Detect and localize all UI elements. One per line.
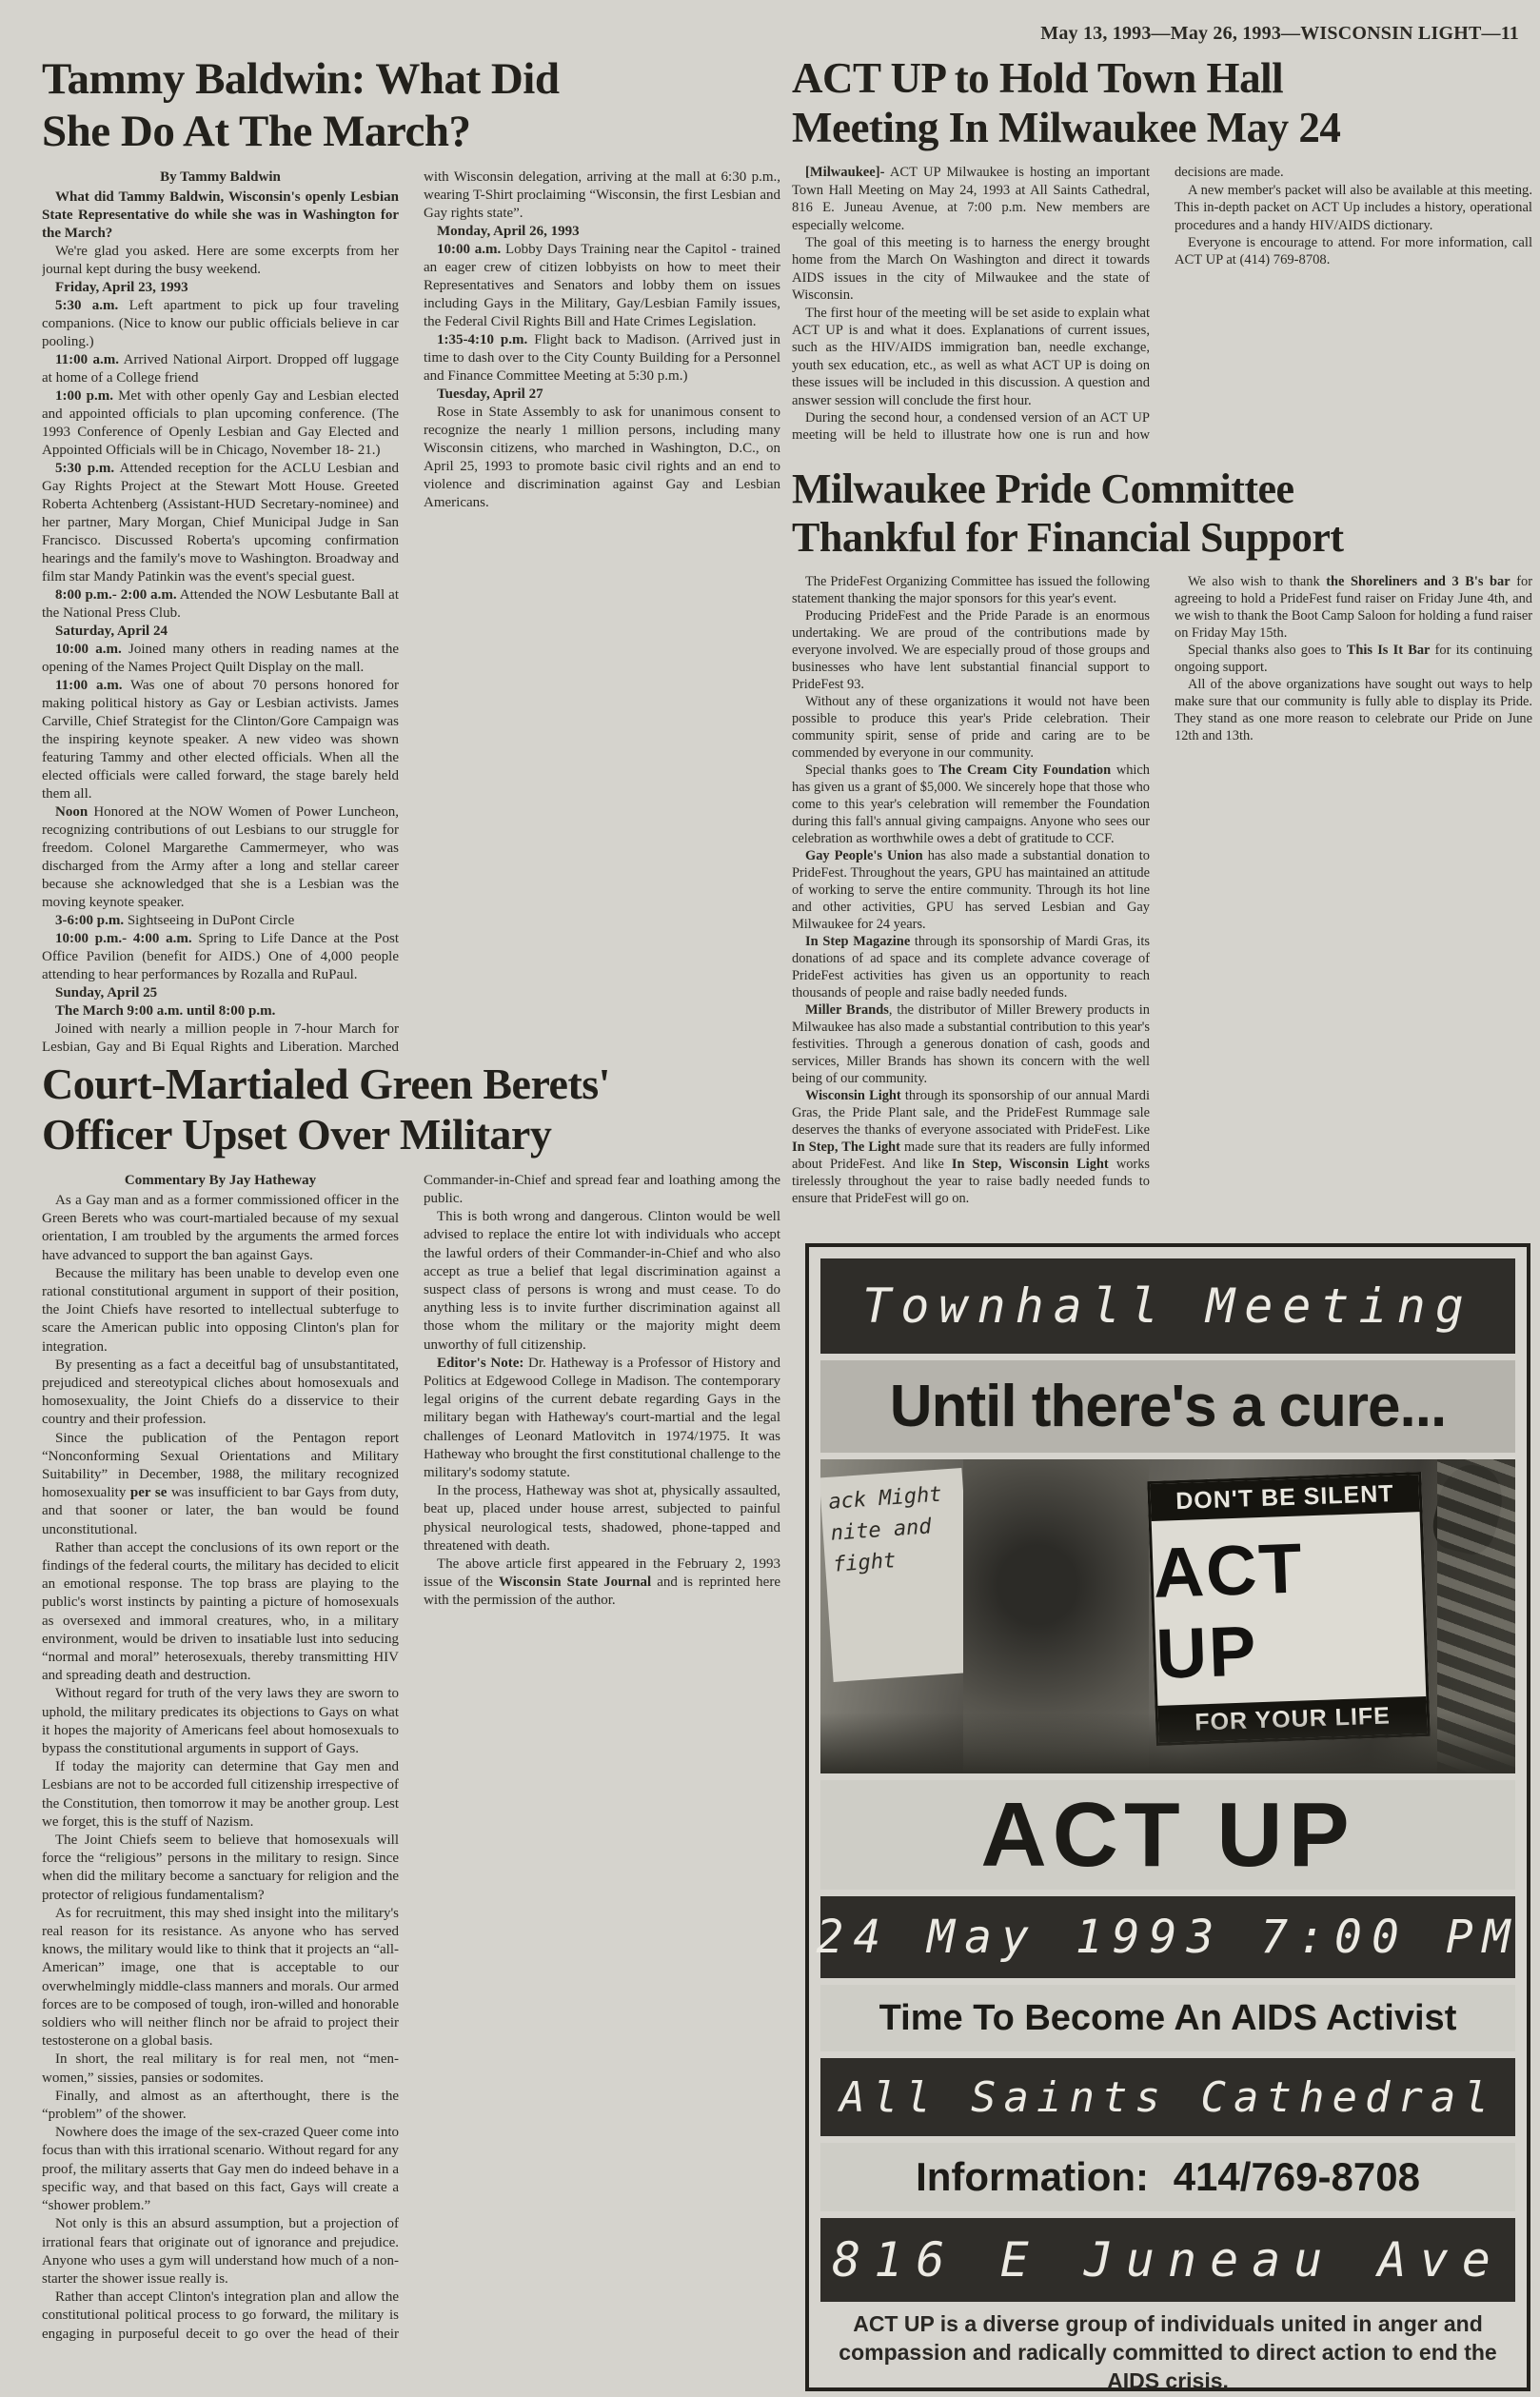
paragraph: Producing PrideFest and the Pride Parade… xyxy=(792,607,1150,693)
paragraph: If today the majority can determine that… xyxy=(42,1758,399,1832)
paragraph: The Joint Chiefs seem to believe that ho… xyxy=(42,1832,399,1905)
article-pride-headline: Milwaukee Pride Committee Thankful for F… xyxy=(792,465,1532,562)
paragraph: Rose in State Assembly to ask for unanim… xyxy=(424,404,780,512)
article-pride-body: The PrideFest Organizing Committee has i… xyxy=(792,573,1532,1234)
paragraph: In the process, Hatheway was shot at, ph… xyxy=(424,1482,780,1555)
paragraph: 8:00 p.m.- 2:00 a.m. Attended the NOW Le… xyxy=(42,586,399,623)
paragraph: Nowhere does the image of the sex-crazed… xyxy=(42,2124,399,2215)
ad-info-phone: Information: 414/769-8708 xyxy=(820,2143,1515,2211)
paragraph: As for recruitment, this may shed insigh… xyxy=(42,1905,399,2051)
headline-line: Thankful for Financial Support xyxy=(792,513,1532,562)
paragraph: In short, the real military is for real … xyxy=(42,2050,399,2087)
paragraph: 10:00 a.m. Joined many others in reading… xyxy=(42,641,399,677)
actup-townhall-advertisement: Townhall Meeting Until there's a cure...… xyxy=(805,1243,1530,2391)
paragraph: Without regard for truth of the very law… xyxy=(42,1685,399,1758)
paragraph: The goal of this meeting is to harness t… xyxy=(792,234,1150,305)
paragraph: Gay People's Union has also made a subst… xyxy=(792,847,1150,933)
ad-fineprint: ACT UP is a diverse group of individuals… xyxy=(820,2308,1515,2397)
paragraph: Special thanks also goes to This Is It B… xyxy=(1175,642,1532,676)
ad-org-name: ACT UP xyxy=(820,1780,1515,1890)
paragraph: 3-6:00 p.m. Sightseeing in DuPont Circle xyxy=(42,912,399,930)
ad-venue: All Saints Cathedral xyxy=(820,2058,1515,2136)
protest-sign: DON'T BE SILENT ACT UP FOR YOUR LIFE xyxy=(1147,1472,1431,1746)
article-pride-committee: Milwaukee Pride Committee Thankful for F… xyxy=(792,465,1532,1234)
article-baldwin-byline: By Tammy Baldwin xyxy=(42,168,399,187)
headline-line: Court-Martialed Green Berets' xyxy=(42,1059,780,1109)
article-actup-townhall: ACT UP to Hold Town Hall Meeting In Milw… xyxy=(792,53,1532,449)
paragraph: 5:30 a.m. Left apartment to pick up four… xyxy=(42,297,399,351)
paragraph: Tuesday, April 27 xyxy=(424,386,780,404)
ad-address: 816 E Juneau Ave xyxy=(820,2218,1515,2302)
paragraph: Miller Brands, the distributor of Miller… xyxy=(792,1001,1150,1087)
paragraph: As a Gay man and as a former commissione… xyxy=(42,1192,399,1265)
paragraph: We also wish to thank the Shoreliners an… xyxy=(1175,573,1532,642)
page-header: May 13, 1993—May 26, 1993—WISCONSIN LIGH… xyxy=(1040,23,1519,45)
article-actup-body: [Milwaukee]- ACT UP Milwaukee is hosting… xyxy=(792,164,1532,449)
paragraph: Not only is this an absurd assumption, b… xyxy=(42,2215,399,2288)
article-actup-headline: ACT UP to Hold Town Hall Meeting In Milw… xyxy=(792,53,1532,152)
article-court-byline: Commentary By Jay Hatheway xyxy=(42,1172,399,1190)
ad-protest-photo: ack Might nite and fight DON'T BE SILENT… xyxy=(820,1459,1515,1773)
paragraph: 1:35-4:10 p.m. Flight back to Madison. (… xyxy=(424,331,780,386)
paragraph: Finally, and almost as an afterthought, … xyxy=(42,2088,399,2124)
ad-banner-townhall-meeting: Townhall Meeting xyxy=(820,1258,1515,1354)
paragraph: Editor's Note: Dr. Hatheway is a Profess… xyxy=(424,1355,780,1482)
paragraph: [Milwaukee]- ACT UP Milwaukee is hosting… xyxy=(792,164,1150,234)
paragraph: 10:00 a.m. Lobby Days Training near the … xyxy=(424,241,780,331)
article-court-martialed: Court-Martialed Green Berets' Officer Up… xyxy=(42,1059,780,2367)
paragraph: Without any of these organizations it wo… xyxy=(792,693,1150,762)
paragraph: Monday, April 26, 1993 xyxy=(424,223,780,241)
headline-line: Tammy Baldwin: What Did xyxy=(42,53,780,106)
article-baldwin-headline: Tammy Baldwin: What Did She Do At The Ma… xyxy=(42,53,780,157)
paragraph: We're glad you asked. Here are some exce… xyxy=(42,243,399,279)
protest-poster-scrawl: ack Might nite and fight xyxy=(820,1468,976,1682)
paragraph: Friday, April 23, 1993 xyxy=(42,279,399,297)
paragraph: The PrideFest Organizing Committee has i… xyxy=(792,573,1150,607)
paragraph: In Step Magazine through its sponsorship… xyxy=(792,933,1150,1001)
article-baldwin: Tammy Baldwin: What Did She Do At The Ma… xyxy=(42,53,780,1063)
paragraph: Since the publication of the Pentagon re… xyxy=(42,1430,399,1539)
paragraph: 1:00 p.m. Met with other openly Gay and … xyxy=(42,387,399,460)
paragraph: 10:00 p.m.- 4:00 a.m. Spring to Life Dan… xyxy=(42,930,399,984)
headline-line: ACT UP to Hold Town Hall xyxy=(792,53,1532,103)
paragraph: Noon Honored at the NOW Women of Power L… xyxy=(42,803,399,912)
ad-tagline: Time To Become An AIDS Activist xyxy=(820,1985,1515,2051)
headline-line: Officer Upset Over Military xyxy=(42,1109,780,1159)
paragraph: What did Tammy Baldwin, Wisconsin's open… xyxy=(42,188,399,243)
paragraph: 11:00 a.m. Was one of about 70 persons h… xyxy=(42,677,399,803)
paragraph: Rather than accept the conclusions of it… xyxy=(42,1539,399,1686)
paragraph: Saturday, April 24 xyxy=(42,623,399,641)
paragraph: Sunday, April 25 xyxy=(42,984,399,1002)
ad-date-time: 24 May 1993 7:00 PM xyxy=(820,1896,1515,1978)
headline-line: Meeting In Milwaukee May 24 xyxy=(792,103,1532,152)
paragraph: By presenting as a fact a deceitful bag … xyxy=(42,1357,399,1430)
paragraph: Everyone is encourage to attend. For mor… xyxy=(1175,234,1532,269)
headline-line: Milwaukee Pride Committee xyxy=(792,465,1532,513)
paragraph: The first hour of the meeting will be se… xyxy=(792,305,1150,409)
paragraph: Because the military has been unable to … xyxy=(42,1265,399,1357)
article-court-body: Commentary By Jay Hatheway As a Gay man … xyxy=(42,1172,780,2367)
paragraph: This is both wrong and dangerous. Clinto… xyxy=(424,1208,780,1355)
article-baldwin-body: By Tammy Baldwin What did Tammy Baldwin,… xyxy=(42,168,780,1063)
paragraph: 5:30 p.m. Attended reception for the ACL… xyxy=(42,460,399,586)
photo-crowd-shadow xyxy=(820,1713,1515,1773)
paragraph: Wisconsin Light through its sponsorship … xyxy=(792,1087,1150,1207)
ad-banner-until-theres-a-cure: Until there's a cure... xyxy=(820,1360,1515,1453)
paragraph: 11:00 a.m. Arrived National Airport. Dro… xyxy=(42,351,399,387)
paragraph: The March 9:00 a.m. until 8:00 p.m. xyxy=(42,1002,399,1020)
headline-line: She Do At The March? xyxy=(42,106,780,158)
protest-sign-main-text: ACT UP xyxy=(1152,1512,1427,1706)
paragraph: The above article first appeared in the … xyxy=(424,1555,780,1611)
article-court-headline: Court-Martialed Green Berets' Officer Up… xyxy=(42,1059,780,1160)
paragraph: A new member's packet will also be avail… xyxy=(1175,182,1532,234)
paragraph: All of the above organizations have soug… xyxy=(1175,676,1532,744)
paragraph: Special thanks goes to The Cream City Fo… xyxy=(792,762,1150,847)
